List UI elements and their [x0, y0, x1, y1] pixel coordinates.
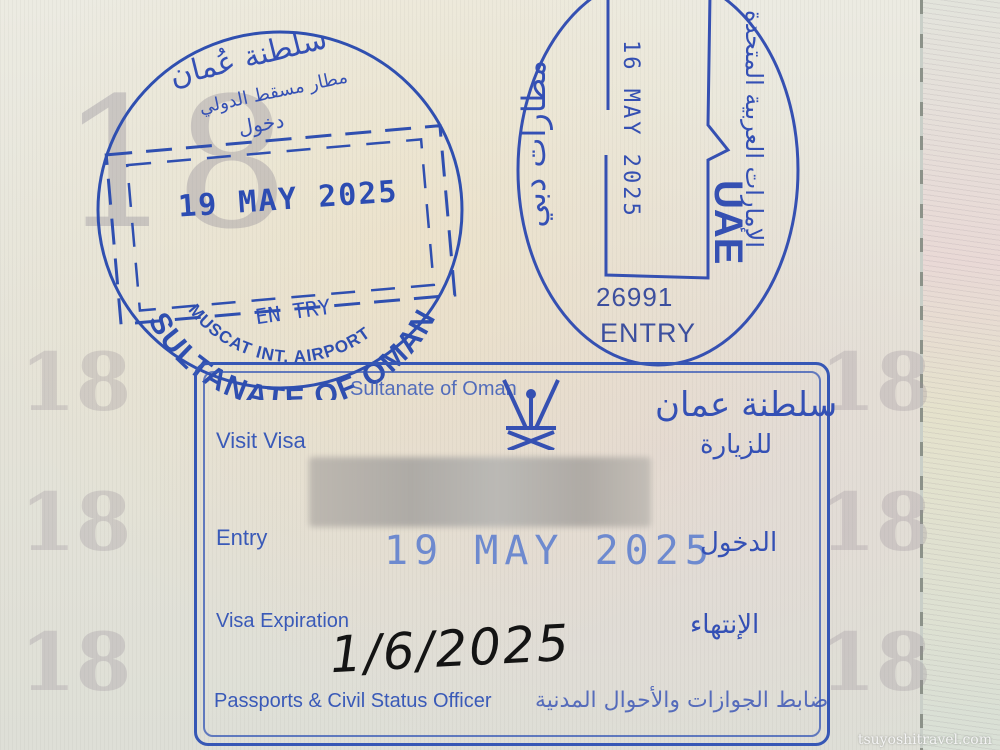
visa-header-ar: سلطنة عمان [655, 385, 837, 425]
uae-stamp-date: 16 MAY 2025 [618, 40, 643, 219]
redacted-visa-number [309, 457, 651, 527]
uae-stamp-number: 26991 [596, 282, 673, 313]
oman-khanjar-emblem-icon [496, 370, 566, 450]
passport-page-right [922, 0, 1000, 750]
visa-type-en: Visit Visa [216, 428, 306, 454]
watermark-number: 18 [820, 475, 931, 569]
visa-type-ar: للزيارة [700, 430, 772, 460]
visa-header-en: Sultanate of Oman [350, 378, 517, 401]
visa-entry-label-en: Entry [216, 525, 267, 551]
watermark-number: 18 [820, 615, 931, 709]
uae-stamp-type: ENTRY [600, 318, 696, 349]
watermark-number: 18 [20, 475, 131, 569]
visa-officer-label-en: Passports & Civil Status Officer [214, 690, 492, 713]
visa-expiration-label-ar: الإنتهاء [690, 610, 759, 640]
visa-officer-label-ar: ضابط الجوازات والأحوال المدنية [535, 688, 828, 713]
visa-entry-date: 19 MAY 2025 [384, 528, 715, 574]
watermark-number: 18 [20, 615, 131, 709]
uae-country-code: UAE [705, 180, 750, 264]
photo-credit-watermark: tsuyoshitravel.com [858, 732, 992, 748]
visa-entry-label-ar: الدخول [700, 528, 777, 558]
uae-stamp-arabic-left: مطارات دبي [515, 60, 553, 228]
